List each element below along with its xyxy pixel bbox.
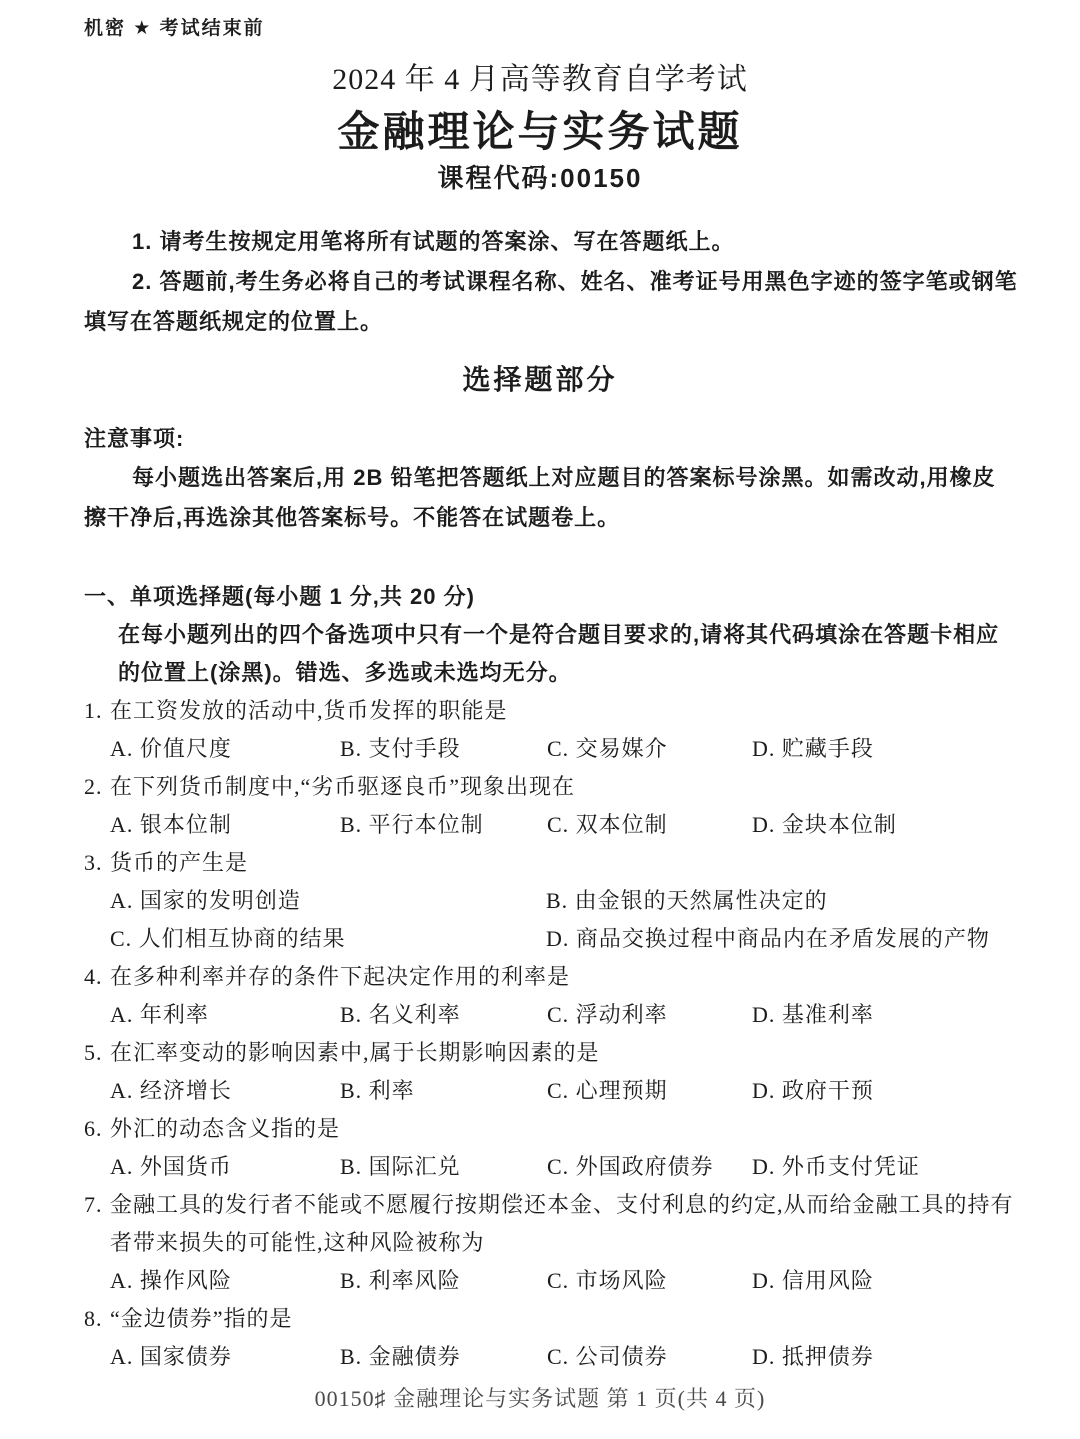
question-stem: 5. 在汇率变动的影响因素中,属于长期影响因素的是: [84, 1034, 1035, 1072]
question-number: 7.: [84, 1186, 110, 1262]
question-stem: 8. “金边债券”指的是: [84, 1300, 1035, 1338]
question-stem: 6. 外汇的动态含义指的是: [84, 1110, 1035, 1148]
option-b: B. 金融债券: [340, 1338, 547, 1376]
question-text: 在下列货币制度中,“劣币驱逐良币”现象出现在: [110, 768, 1035, 806]
option-a: A. 国家的发明创造: [110, 882, 546, 920]
question-text: 外汇的动态含义指的是: [110, 1110, 1035, 1148]
option-c: C. 浮动利率: [547, 996, 752, 1034]
option-a: A. 经济增长: [110, 1072, 340, 1110]
part1-note-line2: 的位置上(涂黑)。错选、多选或未选均无分。: [84, 654, 1035, 692]
question-text: 在工资发放的活动中,货币发挥的职能是: [110, 692, 1035, 730]
question-options: A. 经济增长 B. 利率 C. 心理预期 D. 政府干预: [84, 1072, 1035, 1110]
option-a: A. 年利率: [110, 996, 340, 1034]
question-number: 1.: [84, 692, 110, 730]
stem-line: 外汇的动态含义指的是: [110, 1110, 1035, 1148]
question-text: 货币的产生是: [110, 844, 1035, 882]
instruction-1: 1. 请考生按规定用笔将所有试题的答案涂、写在答题纸上。: [84, 222, 1035, 262]
question-number: 2.: [84, 768, 110, 806]
question-number: 3.: [84, 844, 110, 882]
attention-label: 注意事项:: [84, 420, 1035, 458]
stem-line: 在下列货币制度中,“劣币驱逐良币”现象出现在: [110, 768, 1035, 806]
question-text: 在汇率变动的影响因素中,属于长期影响因素的是: [110, 1034, 1035, 1072]
stem-line: 在多种利率并存的条件下起决定作用的利率是: [110, 958, 1035, 996]
option-d: D. 信用风险: [752, 1262, 1035, 1300]
option-d: D. 金块本位制: [752, 806, 1035, 844]
question-options: A. 操作风险 B. 利率风险 C. 市场风险 D. 信用风险: [84, 1262, 1035, 1300]
option-c: C. 双本位制: [547, 806, 752, 844]
question-6: 6. 外汇的动态含义指的是 A. 外国货币 B. 国际汇兑 C. 外国政府债券 …: [84, 1110, 1035, 1186]
question-5: 5. 在汇率变动的影响因素中,属于长期影响因素的是 A. 经济增长 B. 利率 …: [84, 1034, 1035, 1110]
option-c: C. 外国政府债券: [547, 1148, 752, 1186]
instruction-2-line1: 2. 答题前,考生务必将自己的考试课程名称、姓名、准考证号用黑色字迹的签字笔或钢…: [84, 262, 1035, 302]
option-d: D. 基准利率: [752, 996, 1035, 1034]
attention-line2: 擦干净后,再选涂其他答案标号。不能答在试题卷上。: [84, 498, 1035, 538]
option-b: B. 名义利率: [340, 996, 547, 1034]
stem-line: 金融工具的发行者不能或不愿履行按期偿还本金、支付利息的约定,从而给金融工具的持有: [110, 1186, 1035, 1224]
question-3: 3. 货币的产生是 A. 国家的发明创造 B. 由金银的天然属性决定的 C. 人…: [84, 844, 1035, 958]
option-a: A. 国家债券: [110, 1338, 340, 1376]
option-d: D. 贮藏手段: [752, 730, 1035, 768]
attention-line1: 每小题选出答案后,用 2B 铅笔把答题纸上对应题目的答案标号涂黑。如需改动,用橡…: [84, 458, 1035, 498]
option-a: A. 外国货币: [110, 1148, 340, 1186]
option-c: C. 公司债券: [547, 1338, 752, 1376]
option-b: B. 由金银的天然属性决定的: [546, 882, 1035, 920]
exam-paper-page: 机密 ★ 考试结束前 2024 年 4 月高等教育自学考试 金融理论与实务试题 …: [0, 0, 1080, 1439]
question-options: A. 价值尺度 B. 支付手段 C. 交易媒介 D. 贮藏手段: [84, 730, 1035, 768]
question-number: 6.: [84, 1110, 110, 1148]
question-number: 8.: [84, 1300, 110, 1338]
stem-line: 货币的产生是: [110, 844, 1035, 882]
option-d: D. 外币支付凭证: [752, 1148, 1035, 1186]
question-2: 2. 在下列货币制度中,“劣币驱逐良币”现象出现在 A. 银本位制 B. 平行本…: [84, 768, 1035, 844]
question-number: 4.: [84, 958, 110, 996]
question-1: 1. 在工资发放的活动中,货币发挥的职能是 A. 价值尺度 B. 支付手段 C.…: [84, 692, 1035, 768]
option-d: D. 商品交换过程中商品内在矛盾发展的产物: [546, 920, 1035, 958]
option-b: B. 利率风险: [340, 1262, 547, 1300]
question-8: 8. “金边债券”指的是 A. 国家债券 B. 金融债券 C. 公司债券 D. …: [84, 1300, 1035, 1376]
stem-line: 在工资发放的活动中,货币发挥的职能是: [110, 692, 1035, 730]
option-c: C. 市场风险: [547, 1262, 752, 1300]
question-4: 4. 在多种利率并存的条件下起决定作用的利率是 A. 年利率 B. 名义利率 C…: [84, 958, 1035, 1034]
option-c: C. 人们相互协商的结果: [110, 920, 546, 958]
option-d: D. 抵押债券: [752, 1338, 1035, 1376]
question-stem: 2. 在下列货币制度中,“劣币驱逐良币”现象出现在: [84, 768, 1035, 806]
question-options: A. 外国货币 B. 国际汇兑 C. 外国政府债券 D. 外币支付凭证: [84, 1148, 1035, 1186]
option-a: A. 银本位制: [110, 806, 340, 844]
option-d: D. 政府干预: [752, 1072, 1035, 1110]
question-text: “金边债券”指的是: [110, 1300, 1035, 1338]
stem-line: 在汇率变动的影响因素中,属于长期影响因素的是: [110, 1034, 1035, 1072]
option-a: A. 操作风险: [110, 1262, 340, 1300]
stem-line: “金边债券”指的是: [110, 1300, 1035, 1338]
option-a: A. 价值尺度: [110, 730, 340, 768]
section-title: 选择题部分: [0, 360, 1080, 400]
part1-note-line1: 在每小题列出的四个备选项中只有一个是符合题目要求的,请将其代码填涂在答题卡相应: [84, 616, 1035, 654]
question-options: A. 国家债券 B. 金融债券 C. 公司债券 D. 抵押债券: [84, 1338, 1035, 1376]
option-b: B. 国际汇兑: [340, 1148, 547, 1186]
question-number: 5.: [84, 1034, 110, 1072]
question-stem: 7. 金融工具的发行者不能或不愿履行按期偿还本金、支付利息的约定,从而给金融工具…: [84, 1186, 1035, 1262]
option-b: B. 支付手段: [340, 730, 547, 768]
question-7: 7. 金融工具的发行者不能或不愿履行按期偿还本金、支付利息的约定,从而给金融工具…: [84, 1186, 1035, 1300]
question-stem: 1. 在工资发放的活动中,货币发挥的职能是: [84, 692, 1035, 730]
page-footer: 00150♯ 金融理论与实务试题 第 1 页(共 4 页): [0, 1384, 1080, 1414]
exam-session-title: 2024 年 4 月高等教育自学考试: [0, 60, 1080, 100]
paper-title: 金融理论与实务试题: [0, 106, 1080, 158]
course-code: 课程代码:00150: [0, 160, 1080, 196]
option-b: B. 平行本位制: [340, 806, 547, 844]
option-c: C. 交易媒介: [547, 730, 752, 768]
question-text: 金融工具的发行者不能或不愿履行按期偿还本金、支付利息的约定,从而给金融工具的持有…: [110, 1186, 1035, 1262]
instruction-2-line2: 填写在答题纸规定的位置上。: [84, 302, 1035, 342]
question-stem: 4. 在多种利率并存的条件下起决定作用的利率是: [84, 958, 1035, 996]
question-options: A. 年利率 B. 名义利率 C. 浮动利率 D. 基准利率: [84, 996, 1035, 1034]
option-c: C. 心理预期: [547, 1072, 752, 1110]
stem-line: 者带来损失的可能性,这种风险被称为: [110, 1224, 1035, 1262]
question-text: 在多种利率并存的条件下起决定作用的利率是: [110, 958, 1035, 996]
question-stem: 3. 货币的产生是: [84, 844, 1035, 882]
part1-heading: 一、单项选择题(每小题 1 分,共 20 分): [84, 578, 1035, 616]
question-options: A. 国家的发明创造 B. 由金银的天然属性决定的 C. 人们相互协商的结果 D…: [84, 882, 1035, 958]
confidential-notice: 机密 ★ 考试结束前: [84, 16, 1035, 42]
option-b: B. 利率: [340, 1072, 547, 1110]
question-options: A. 银本位制 B. 平行本位制 C. 双本位制 D. 金块本位制: [84, 806, 1035, 844]
